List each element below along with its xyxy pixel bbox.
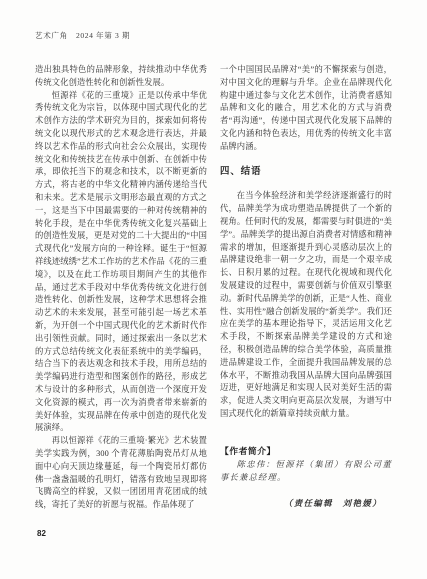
journal-page: 艺术广角 2024 年第 3 期 造出独具特色的品牌形象，持续推动中华优秀传统文… [0, 0, 427, 579]
author-bio: 陈忠伟：恒源祥（集团）有限公司董事长兼总经理。 [220, 458, 392, 485]
journal-header: 艺术广角 2024 年第 3 期 [35, 30, 392, 41]
paragraph-conclusion: 在当今体验经济和美学经济逐渐盛行的时代，品牌美学为成功塑造品牌提供了一个新的视角… [220, 190, 392, 420]
paragraph-continuation: 造出独具特色的品牌形象，持续推动中华优秀传统文化创造性转化和创新性发展。 [35, 64, 207, 90]
right-column: 一个中国国民品牌对“美”的不懈探索与创造，对中国文化的理解与升华。企业在品牌现代… [220, 64, 392, 512]
paragraph-installation-example: 再以恒源祥《花的三重境·繁光》艺术装置美学实践为例，300 个青花薄胎陶瓷吊灯从… [35, 435, 207, 512]
left-column: 造出独具特色的品牌形象，持续推动中华优秀传统文化创造性转化和创新性发展。 恒源祥… [35, 64, 207, 512]
two-column-body: 造出独具特色的品牌形象，持续推动中华优秀传统文化创造性转化和创新性发展。 恒源祥… [35, 64, 392, 512]
paragraph-brand-culture: 一个中国国民品牌对“美”的不懈探索与创造，对中国文化的理解与升华。企业在品牌现代… [220, 64, 392, 154]
editor-credit: （责任编辑 刘艳媛） [220, 498, 392, 511]
author-section-heading: 【作者简介】 [220, 445, 392, 458]
paragraph-art-creation: 恒源祥《花的三重境》正是以传承中华优秀传统文化为宗旨，以体现中国式现代化的艺术创… [35, 90, 207, 436]
page-number: 82 [37, 529, 46, 538]
section-heading-conclusion: 四、结语 [220, 165, 392, 178]
